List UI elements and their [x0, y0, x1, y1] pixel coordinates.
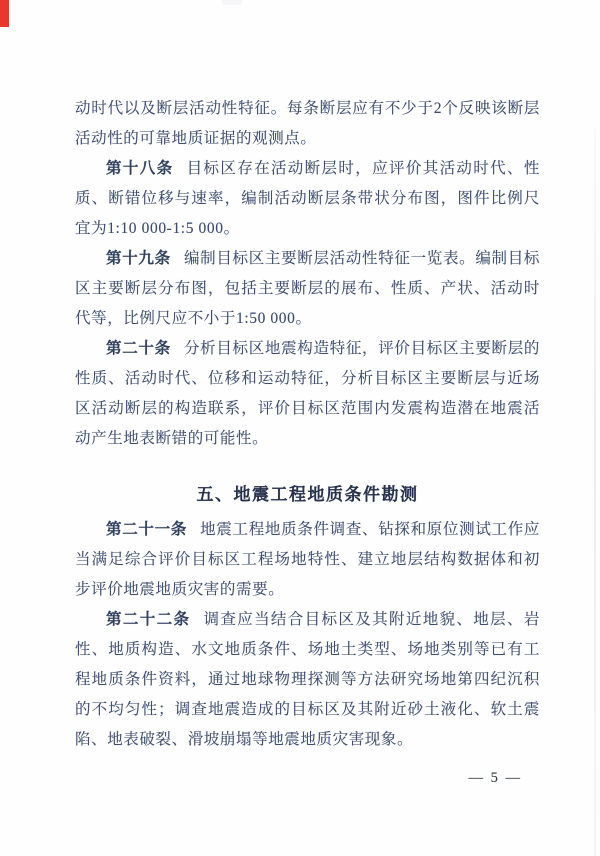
article-22-paragraph: 第二十二条调查应当结合目标区及其附近地貌、地层、岩性、地质构造、水文地质条件、场…	[75, 605, 540, 755]
article-18-paragraph: 第十八条目标区存在活动断层时，应评价其活动时代、性质、断错位移与速率，编制活动断…	[75, 154, 540, 244]
article-19-paragraph: 第十九条编制目标区主要断层活动性特征一览表。编制目标区主要断层分布图，包括主要断…	[75, 244, 540, 334]
article-18-number: 第十八条	[106, 160, 173, 177]
article-22-number: 第二十二条	[106, 611, 190, 628]
article-19-number: 第十九条	[106, 250, 171, 267]
article-21-paragraph: 第二十一条地震工程地质条件调查、钻探和原位测试工作应当满足综合评价目标区工程场地…	[75, 515, 540, 605]
red-corner-mark	[0, 0, 9, 27]
continuation-paragraph: 动时代以及断层活动性特征。每条断层应有不少于2个反映该断层活动性的可靠地质证据的…	[75, 94, 540, 154]
section-heading: 五、地震工程地质条件勘测	[75, 480, 540, 510]
page-number: — 5 —	[469, 770, 523, 787]
article-20-paragraph: 第二十条分析目标区地震构造特征，评价目标区主要断层的性质、活动时代、位移和运动特…	[75, 334, 540, 454]
article-21-number: 第二十一条	[106, 521, 187, 538]
scan-artifact-edge-line	[594, 128, 596, 856]
text-column: 动时代以及断层活动性特征。每条断层应有不少于2个反映该断层活动性的可靠地质证据的…	[75, 0, 540, 755]
article-20-number: 第二十条	[106, 340, 171, 357]
article-22-text: 调查应当结合目标区及其附近地貌、地层、岩性、地质构造、水文地质条件、场地土类型、…	[75, 611, 540, 748]
